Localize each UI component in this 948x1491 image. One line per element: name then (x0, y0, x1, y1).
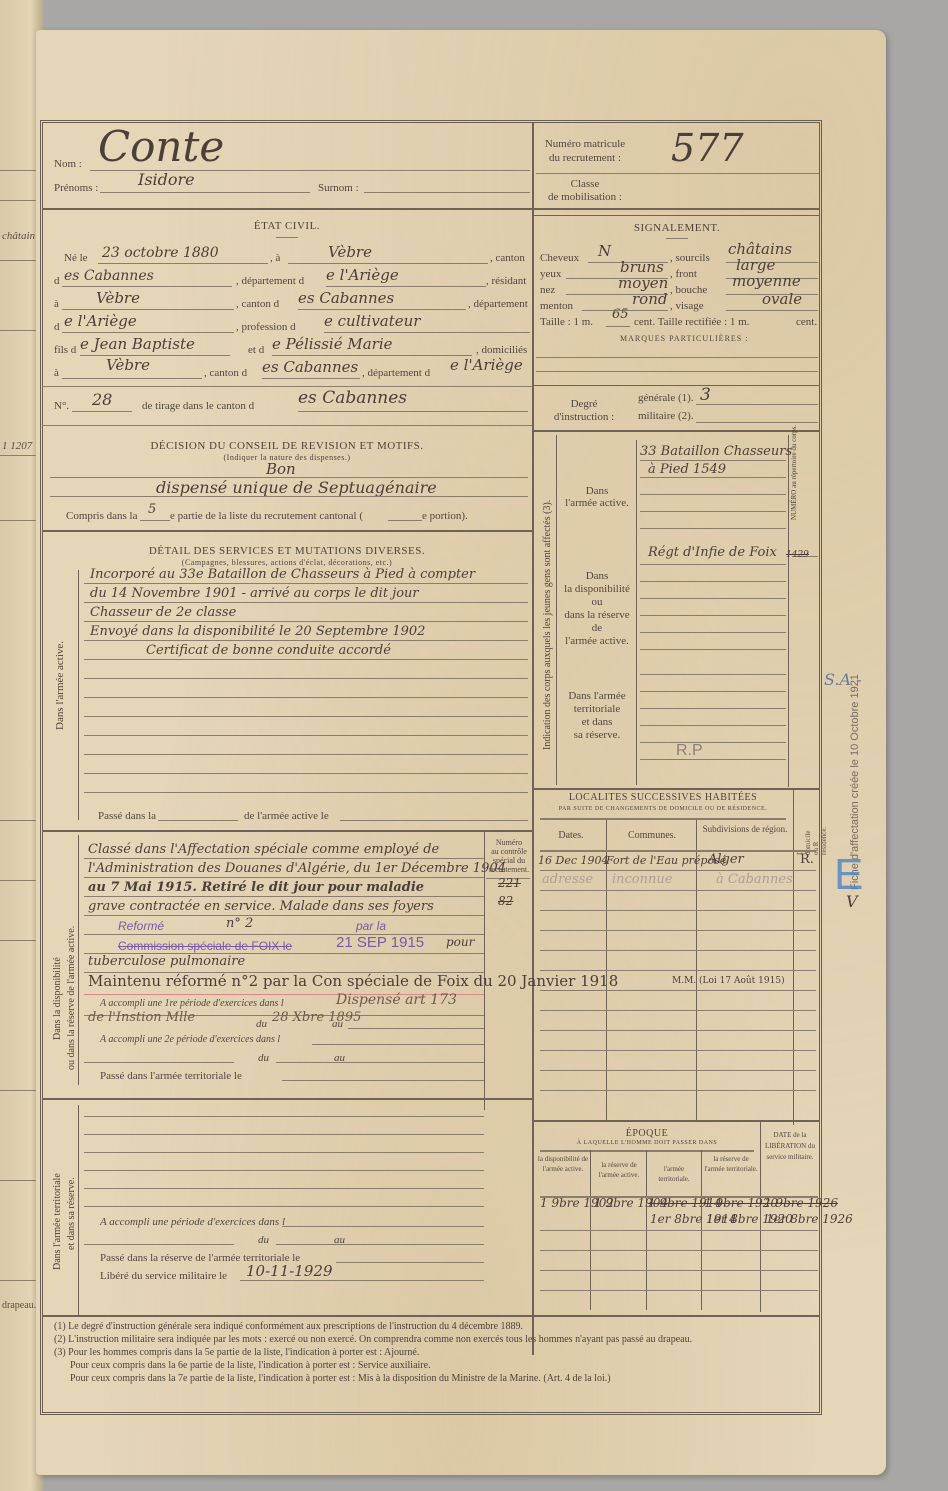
marques-label: MARQUES PARTICULIÈRES : (620, 334, 748, 343)
cdl-6: l'armée active. (558, 635, 636, 648)
epoque-col-1: la disponibilité de l'armée active. (536, 1154, 590, 1174)
nez-label: nez (540, 284, 555, 296)
epoque-col-2: la réserve de l'armée active. (592, 1160, 646, 1180)
dispo-line-4: grave contractée en service. Malade dans… (88, 899, 434, 914)
departement-naissance: e l'Ariège (326, 266, 399, 284)
instruction-label: Degré (536, 398, 632, 410)
loc-row1-type: R. (800, 852, 814, 867)
periode1-value-b: de l'Instion Mlle (88, 1010, 195, 1025)
lieu-naissance: Vèbre (328, 243, 372, 261)
ctl-4: sa réserve. (558, 729, 636, 742)
armee-active-side-label: Dans l'armée active. (54, 641, 66, 730)
ctl-1: Dans l'armée (558, 690, 636, 703)
matricule-label: Numéro matricule (540, 138, 630, 150)
localites-title: LOCALITES SUCCESSIVES HABITÉES (534, 792, 792, 803)
periode2-label: A accompli une 2e période d'exercices da… (100, 1034, 280, 1045)
corps-dispo-label: Dans la disponibilité ou dans la réserve… (558, 570, 636, 648)
motif-tuberculose: tuberculose pulmonaire (88, 954, 245, 969)
cent-label: cent. (796, 316, 817, 328)
nc-l2: au contrôle (486, 847, 532, 856)
ctl-3: et dans (558, 716, 636, 729)
corps-side-label: Indication des corps auxquels les jeunes… (542, 500, 553, 750)
col-subdivisions: Subdivisions de région. (700, 824, 790, 834)
corps-active-label: Dansl'armée active. (558, 485, 636, 509)
compris-suffix: e partie de la liste du recrutement cant… (170, 510, 363, 522)
epoque-val-5: 1 9bre 1926 (764, 1196, 838, 1210)
a-label: , à (270, 252, 280, 264)
stamp-par: par la (356, 919, 386, 933)
loc-row2-commune: inconnue (612, 872, 672, 887)
au2-label: au (334, 1052, 345, 1064)
front-label: , front (670, 268, 697, 280)
visage-label: , visage (670, 300, 704, 312)
taille-value: 65 (612, 307, 629, 322)
matricule-label-2: du recrutement : (540, 152, 630, 164)
du2-label: du (258, 1052, 269, 1064)
cheveux-label: Cheveux (540, 252, 579, 264)
residant-label: , résidant (486, 275, 526, 287)
portion-suffix: e portion). (422, 510, 468, 522)
corps-territoriale-label: Dans l'armée territoriale et dans sa rés… (558, 690, 636, 742)
tirage-numero: 28 (92, 390, 112, 409)
epoque-title: ÉPOQUE (534, 1128, 760, 1139)
a3-label: à (54, 367, 59, 379)
instruction-generale: 3 (700, 385, 711, 405)
motif-pour: pour (446, 935, 474, 949)
epoque-col-3: l'armée territoriale. (648, 1164, 700, 1184)
passe-label: Passé dans la (98, 810, 156, 822)
surnom-label: Surnom : (318, 182, 359, 194)
bouche-value: moyenne (732, 272, 801, 290)
decision-line-1: Bon (266, 460, 296, 478)
service-line-5: Certificat de bonne conduite accordé (146, 643, 391, 658)
classe-label-2: de mobilisation : (540, 191, 630, 203)
domicilies-label: , domiciliés (476, 344, 527, 356)
cdl-5: de (558, 622, 636, 635)
cdl-3: ou (558, 596, 636, 609)
periode1-value: Dispensé art 173 (336, 992, 457, 1008)
tirage-canton: es Cabannes (298, 388, 407, 408)
classe-label: Classe (540, 178, 630, 190)
canton-label: , canton (490, 252, 525, 264)
numero-controle-2: 82 (498, 894, 513, 908)
services-title: DÉTAIL DES SERVICES ET MUTATIONS DIVERSE… (42, 545, 532, 557)
a2-label: à (54, 298, 59, 310)
footnote-2: (2) L'instruction militaire sera indiqué… (54, 1333, 814, 1346)
footnote-1: (1) Le degré d'instruction générale sera… (54, 1320, 814, 1333)
canton-parents: es Cabannes (262, 358, 358, 376)
profession: e cultivateur (324, 312, 420, 330)
corps-active-line-2: à Pied 1549 (648, 462, 726, 477)
nr-2: au répertoire du corps. (790, 425, 798, 488)
loc-row2-date: adresse (542, 872, 593, 887)
decision-title: DÉCISION DU CONSEIL DE REVISION ET MOTIF… (42, 440, 532, 452)
menton-value: rond (632, 290, 667, 308)
corps-territoriale-note: R.P (676, 742, 703, 760)
register-page: Nom : Conte Prénoms : Isidore Surnom : N… (36, 30, 886, 1475)
prenoms-value: Isidore (138, 170, 195, 189)
taille-rectifiee-label: cent. Taille rectifiée : 1 m. (634, 316, 749, 328)
maintenu-ref: M.M. (Loi 17 Août 1915) (672, 976, 785, 986)
loc-row1-date: 16 Dec 1904 (538, 854, 608, 867)
pere: e Jean Baptiste (80, 335, 195, 353)
epoque-col-4: la réserve de l'armée territoriale. (703, 1154, 759, 1174)
matricule-value: 577 (671, 126, 744, 170)
stamp-reforme: Reformé (118, 919, 164, 933)
col-communes: Communes. (608, 830, 696, 841)
du-label: du (256, 1018, 267, 1030)
margin-initials: S.A - (824, 670, 862, 689)
localites-subtitle: PAR SUITE DE CHANGEMENTS DE DOMICILE OU … (534, 806, 792, 812)
departement-label: , département d (236, 275, 304, 287)
service-line-1: Incorporé au 33e Bataillon de Chasseurs … (90, 567, 475, 582)
visage-value: ovale (762, 290, 802, 308)
corps-dispo-line-1: Régt d'Infie de Foix (648, 545, 777, 560)
tirage-label: de tirage dans le canton d (142, 400, 254, 412)
tirage-no-label: N°. (54, 400, 69, 412)
service-line-3: Chasseur de 2e classe (90, 605, 236, 620)
territoriale-au-label: au (334, 1234, 345, 1246)
cdl-2: la disponibilité (558, 583, 636, 596)
reforme-numero: n° 2 (226, 916, 253, 931)
disponibilite-side-label-1: Dans la disponibilité (52, 957, 63, 1040)
dispo-line-3: au 7 Mai 1915. Retiré le dit jour pour m… (88, 880, 424, 895)
cdl-1: Dans (558, 570, 636, 583)
margin-check: V (846, 892, 858, 911)
nom-label: Nom : (54, 158, 82, 170)
canton-residence: es Cabannes (298, 289, 394, 307)
date-naissance: 23 octobre 1880 (102, 245, 219, 261)
signalement-title: SIGNALEMENT. (534, 222, 820, 234)
et-label: et d (248, 344, 264, 356)
canton3-label: , canton d (204, 367, 247, 379)
residence: Vèbre (96, 289, 140, 307)
territoriale-side-label-1: Dans l'armée territoriale (52, 1173, 63, 1270)
corps-dispo-num: 1429 (786, 550, 809, 560)
passe-suffix: de l'armée active le (244, 810, 329, 822)
canton-naissance: es Cabannes (64, 268, 154, 284)
departement3-label: , département d (362, 367, 430, 379)
cal-1: Dans (558, 485, 636, 497)
profession-label: , profession d (236, 321, 296, 333)
loc-row1-subdivision: Alger (708, 852, 744, 867)
yeux-label: yeux (540, 268, 561, 280)
cdl-4: dans la réserve (558, 609, 636, 622)
territoriale-periode-label: A accompli une période d'exercices dans … (100, 1216, 285, 1228)
loc-row2-subdivision: à Cabannes (716, 872, 793, 887)
d-label: d (54, 275, 60, 287)
footnote-3: (3) Pour les hommes compris dans la 5e p… (54, 1346, 814, 1359)
prenoms-label: Prénoms : (54, 182, 98, 194)
departement-residence: e l'Ariège (64, 312, 137, 330)
departement-parents: e l'Ariège (450, 356, 523, 374)
epoque-corr-5: 1er 8bre 1926 (766, 1212, 853, 1226)
footnotes: (1) Le degré d'instruction générale sera… (54, 1320, 814, 1385)
departement2-label: , département (468, 298, 528, 310)
stamp-commission: Commission spéciale de FOIX le (118, 939, 292, 953)
col-dates: Dates. (536, 830, 606, 841)
nr-1: NUMÉRO (790, 490, 798, 520)
territoriale-side-label-2: et dans sa réserve. (66, 1177, 77, 1250)
footnote-4: Pour ceux compris dans la 6e partie de l… (54, 1359, 814, 1372)
territoriale-du-label: du (258, 1234, 269, 1246)
corps-active-line-1: 33 Bataillon Chasseurs (640, 444, 792, 459)
compris-label: Compris dans la (66, 510, 138, 522)
dispo-line-2: l'Administration des Douanes d'Algérie, … (88, 861, 506, 876)
periode1-label: A accompli une 1re période d'exercices d… (100, 998, 284, 1009)
numero-controle-1: 221 (498, 876, 521, 890)
decision-line-2: dispensé unique de Septuagénaire (156, 478, 437, 497)
ctl-2: territoriale (558, 703, 636, 716)
taille-label: Taille : 1 m. (540, 316, 593, 328)
cheveux-value: N (598, 242, 611, 260)
libere-label: Libéré du service militaire le (100, 1270, 227, 1282)
cal-2: l'armée active. (558, 497, 636, 509)
instruction-generale-label: générale (1). (638, 392, 694, 404)
epoque-subtitle: À LAQUELLE L'HOMME DOIT PASSER DANS (534, 1140, 760, 1146)
nom-value: Conte (98, 122, 224, 171)
au-label: au (332, 1018, 343, 1030)
nc-l1: Numéro (486, 838, 532, 847)
ne-le-label: Né le (64, 252, 88, 264)
bouche-label: , bouche (670, 284, 707, 296)
stamp-date: 21 SEP 1915 (336, 934, 424, 951)
mere: e Pélissié Marie (272, 335, 393, 353)
service-line-2: du 14 Novembre 1901 - arrivé au corps le… (90, 586, 419, 601)
periode1-du: 28 Xbre 1895 (272, 1010, 361, 1025)
sourcils-label: , sourcils (670, 252, 710, 264)
epoque-col-5: DATE de la LIBÉRATION du service militai… (762, 1130, 818, 1163)
disponibilite-side-label-2: ou dans la réserve de l'armée active. (66, 926, 77, 1070)
service-line-4: Envoyé dans la disponibilité le 20 Septe… (90, 624, 425, 639)
etat-civil-title: ÉTAT CIVIL. (42, 220, 532, 232)
fils-label: fils d (54, 344, 76, 356)
passe-territoriale-label: Passé dans l'armée territoriale le (100, 1070, 242, 1082)
maintenu-reforme: Maintenu réformé n°2 par la Con spéciale… (88, 972, 618, 990)
de-label: d (54, 321, 60, 333)
instruction-militaire-label: militaire (2). (638, 410, 694, 422)
canton2-label: , canton d (236, 298, 279, 310)
instruction-label-2: d'instruction : (536, 411, 632, 423)
partie-value: 5 (148, 502, 156, 517)
footnote-5: Pour ceux compris dans la 7e partie de l… (54, 1372, 814, 1385)
numero-repertoire-label: NUMÉRO au répertoire du corps. (790, 425, 798, 520)
menton-label: menton (540, 300, 573, 312)
domicile-parents: Vèbre (106, 356, 150, 374)
dispo-line-1: Classé dans l'Affectation spéciale comme… (88, 842, 439, 857)
services-subtitle: (Campagnes, blessures, actions d'éclat, … (42, 558, 532, 567)
libere-date: 10-11-1929 (246, 1262, 332, 1280)
